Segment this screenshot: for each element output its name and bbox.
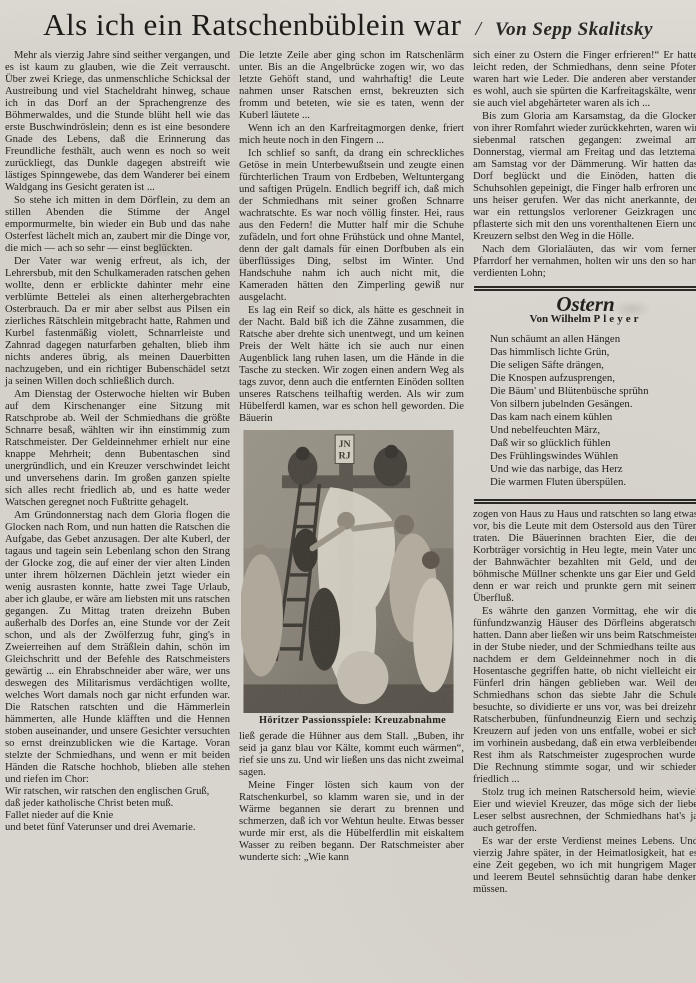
paragraph: Es lag ein Reif so dick, als hätte es ge… bbox=[239, 305, 464, 425]
passion-play-photo: JN RJ bbox=[241, 430, 464, 727]
photo-caption: Höritzer Passionsspiele: Kreuzabnahme bbox=[241, 715, 464, 727]
paragraph: Stolz trug ich meinen Ratschersold heim,… bbox=[473, 787, 696, 835]
paragraph: zogen von Haus zu Haus und ratschten so … bbox=[473, 509, 696, 605]
paragraph: Am Gründonnerstag nach dem Gloria flogen… bbox=[5, 510, 230, 786]
verse-line: und betet fünf Vaterunser und drei Avema… bbox=[5, 822, 230, 834]
paragraph: Mehr als vierzig Jahre sind seither verg… bbox=[5, 50, 230, 194]
newspaper-page: Als ich ein Ratschenbüblein war / Von Se… bbox=[0, 0, 696, 983]
column-1-paragraphs: Mehr als vierzig Jahre sind seither verg… bbox=[5, 50, 230, 786]
verse-line: Fallet nieder auf die Knie bbox=[5, 810, 230, 822]
column-3: sich einer zu Ostern die Finger erfriere… bbox=[473, 50, 696, 896]
article-byline: Von Sepp Skalitsky bbox=[495, 19, 653, 41]
article-masthead: Als ich ein Ratschenbüblein war / Von Se… bbox=[0, 0, 696, 47]
passion-play-photo-image: JN RJ bbox=[241, 430, 456, 713]
ratschen-verse: Wir ratschen, wir ratschen den englische… bbox=[5, 786, 230, 834]
paragraph: Nach dem Glorialäuten, das wir vom ferne… bbox=[473, 244, 696, 280]
poem-lines: Nun schäumt an allen HängenDas himmlisch… bbox=[478, 333, 693, 489]
paragraph: Ich schlief so sanft, da drang ein schre… bbox=[239, 148, 464, 304]
paragraph: Es war der erste Verdienst meines Lebens… bbox=[473, 836, 696, 896]
poem-byline-name: Pleyer bbox=[594, 313, 642, 325]
poem-line: Von silbern jubelnden Gesängen. bbox=[478, 398, 693, 411]
poem-title: Ostern bbox=[478, 298, 693, 310]
column-3-paragraphs-bottom: zogen von Haus zu Haus und ratschten so … bbox=[473, 509, 696, 896]
poem-byline: Von Wilhelm Pleyer bbox=[478, 313, 693, 325]
poem-line: Die seligen Säfte drängen, bbox=[478, 359, 693, 372]
column-2-paragraphs-bottom: ließ gerade die Hühner aus dem Stall. „B… bbox=[239, 731, 464, 864]
paragraph: Die letzte Zeile aber ging schon im Rats… bbox=[239, 50, 464, 122]
paragraph: Der Vater war wenig erfreut, als ich, de… bbox=[5, 256, 230, 388]
verse-line: Wir ratschen, wir ratschen den englische… bbox=[5, 786, 230, 798]
poem-line: Die warmen Fluten überspülen. bbox=[478, 476, 693, 489]
paragraph: Wenn ich an den Karfreitagmorgen denke, … bbox=[239, 123, 464, 147]
poem-line: Die Knospen aufzusprengen, bbox=[478, 372, 693, 385]
paragraph: Meine Finger lösten sich kaum von der Ra… bbox=[239, 780, 464, 864]
paragraph: ließ gerade die Hühner aus dem Stall. „B… bbox=[239, 731, 464, 779]
poem-line: Daß wir so glücklich fühlen bbox=[478, 437, 693, 450]
poem-byline-prefix: Von Wilhelm bbox=[530, 313, 591, 325]
poem-line: Nun schäumt an allen Hängen bbox=[478, 333, 693, 346]
column-2-paragraphs-top: Die letzte Zeile aber ging schon im Rats… bbox=[239, 50, 464, 425]
column-1: Mehr als vierzig Jahre sind seither verg… bbox=[5, 50, 230, 896]
poem-line: Das himmlisch lichte Grün, bbox=[478, 346, 693, 359]
paragraph: sich einer zu Ostern die Finger erfriere… bbox=[473, 50, 696, 110]
poem-box: Ostern Von Wilhelm Pleyer Nun schäumt an… bbox=[474, 286, 696, 504]
title-separator: / bbox=[475, 18, 481, 41]
poem-line: Die Bäum' und Blütenbüsche sprühn bbox=[478, 385, 693, 398]
poem-line: Und wie das narbige, das Herz bbox=[478, 463, 693, 476]
column-2: Die letzte Zeile aber ging schon im Rats… bbox=[239, 50, 464, 896]
paragraph: So stehe ich mitten in dem Dörflein, zu … bbox=[5, 195, 230, 255]
poem-line: Und nebelfeuchten März, bbox=[478, 424, 693, 437]
article-columns: Mehr als vierzig Jahre sind seither verg… bbox=[0, 47, 696, 896]
article-title: Als ich ein Ratschenbüblein war bbox=[43, 7, 461, 43]
paragraph: Es währte den ganzen Vormittag, ehe wir … bbox=[473, 606, 696, 786]
poem-line: Des Frühlingswindes Wühlen bbox=[478, 450, 693, 463]
column-3-paragraphs-top: sich einer zu Ostern die Finger erfriere… bbox=[473, 50, 696, 280]
paragraph: Bis zum Gloria am Karsamstag, da die Glo… bbox=[473, 111, 696, 243]
paragraph: Am Dienstag der Osterwoche hielten wir B… bbox=[5, 389, 230, 509]
poem-line: Das kam nach einem kühlen bbox=[478, 411, 693, 424]
verse-line: daß jeder katholische Christ beten muß. bbox=[5, 798, 230, 810]
